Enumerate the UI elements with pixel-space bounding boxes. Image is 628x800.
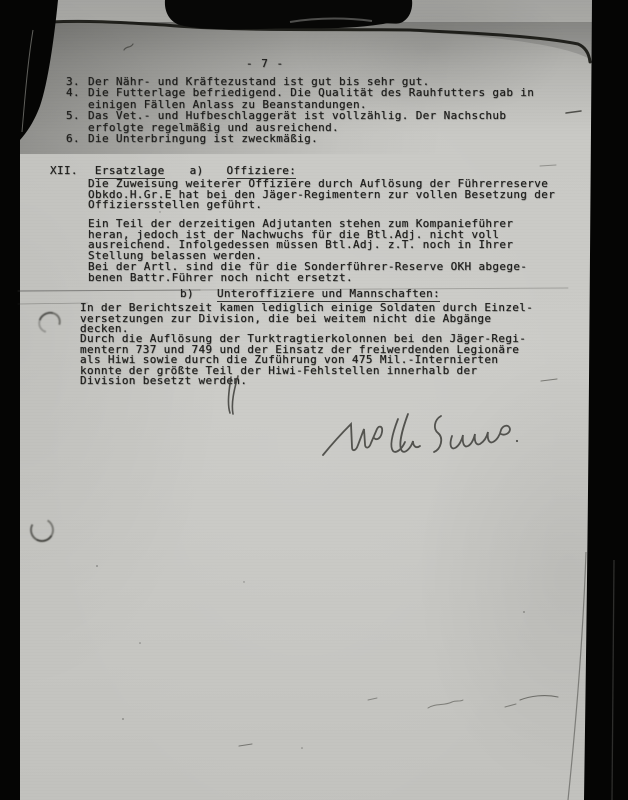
page-number: - 7 -: [246, 57, 284, 70]
subsection-a-label: a): [190, 164, 204, 177]
nco-paragraph-2: Durch die Auflösung der Turktragtierkolo…: [80, 334, 585, 387]
item-number: 5.: [66, 110, 88, 133]
list-item: 4. Die Futterlage befriedigend. Die Qual…: [66, 87, 534, 110]
condition-list: 3. Der Nähr- und Kräftezustand ist gut b…: [66, 76, 534, 144]
item-number: 4.: [66, 87, 88, 110]
typewritten-text-layer: - 7 - 3. Der Nähr- und Kräftezustand ist…: [0, 0, 628, 800]
subsection-b-title: Unteroffiziere und Mannschaften:: [217, 287, 440, 302]
list-item: 6. Die Unterbringung ist zweckmäßig.: [66, 133, 534, 144]
subsection-b-label: b): [180, 287, 194, 300]
officers-paragraph-2: Ein Teil der derzeitigen Adjutanten steh…: [88, 219, 593, 261]
officers-paragraph-1: Die Zuweisung weiterer Offiziere durch A…: [88, 179, 593, 211]
item-number: 6.: [66, 133, 88, 144]
scan-root: - 7 - 3. Der Nähr- und Kräftezustand ist…: [0, 0, 628, 800]
list-item: 5. Das Vet.- und Hufbeschlaggerät ist vo…: [66, 110, 534, 133]
officers-paragraph-3: Bei der Artl. sind die für die Sonderfüh…: [88, 262, 593, 283]
item-text: Die Futterlage befriedigend. Die Qualitä…: [88, 87, 534, 110]
item-text: Das Vet.- und Hufbeschlaggerät ist vollz…: [88, 110, 506, 133]
section-roman-numeral: XII.: [50, 164, 78, 177]
subsection-b-heading: b) Unteroffiziere und Mannschaften:: [180, 287, 440, 302]
nco-paragraph-1: In der Berichtszeit kamen lediglich eini…: [80, 303, 585, 335]
item-text: Die Unterbringung ist zweckmäßig.: [88, 133, 318, 144]
